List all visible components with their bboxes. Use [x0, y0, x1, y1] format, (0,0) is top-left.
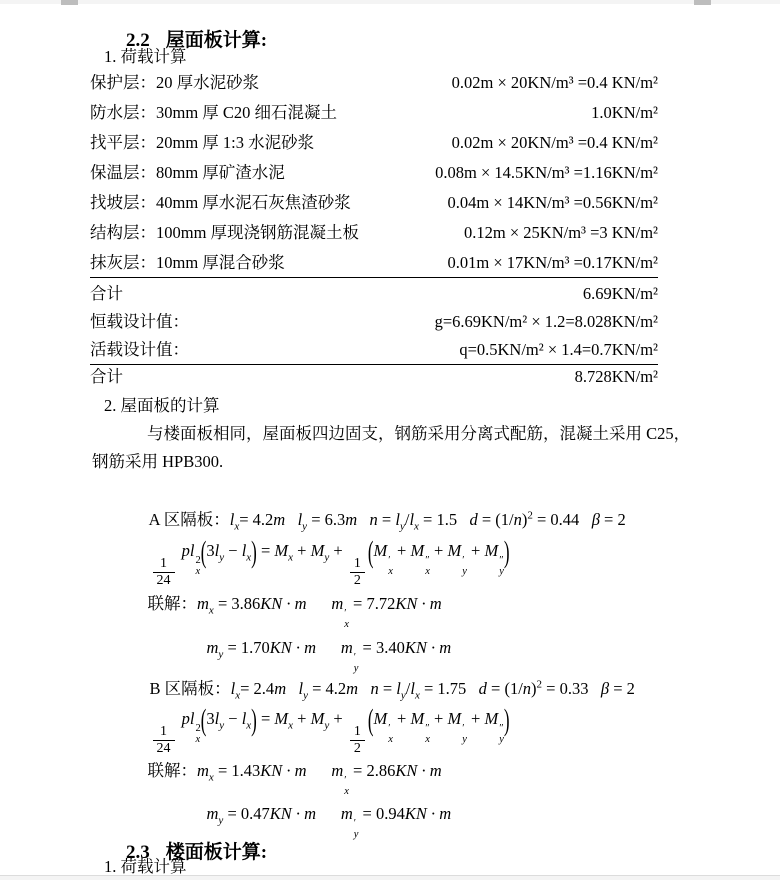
layer-value: 0.02m × 20KN/m³ =0.4 KN/m² — [452, 132, 658, 154]
layer-desc: 20mm 厚 1:3 水泥砂浆 — [156, 133, 314, 152]
layer-row: 找坡层：40mm 厚水泥石灰焦渣砂浆 0.04m × 14KN/m³ =0.56… — [90, 192, 658, 222]
layer-row: 找平层：20mm 厚 1:3 水泥砂浆 0.02m × 20KN/m³ =0.4… — [90, 132, 658, 162]
layer-row: 保温层：80mm 厚矿渣水泥 0.08m × 14.5KN/m³ =1.16KN… — [90, 162, 658, 192]
layer-left: 保温层：80mm 厚矿渣水泥 — [90, 162, 285, 184]
summary-label: 合计 — [90, 283, 123, 305]
page-edge-marker-left — [61, 0, 78, 5]
layer-name: 保温层： — [90, 163, 156, 182]
moment-formula-math: 124 pl2x(3ly − lx) = Mx + My + 12(M′x + … — [150, 541, 510, 560]
summary-value: 6.69KN/m² — [583, 283, 658, 305]
page-bottom-edge — [0, 875, 780, 880]
layer-value: 0.08m × 14.5KN/m³ =1.16KN/m² — [435, 162, 658, 184]
layer-row: 结构层：100mm 厚现浇钢筋混凝土板 0.12m × 25KN/m³ =3 K… — [90, 222, 658, 252]
paragraph-line-2: 钢筋采用 HPB300. — [92, 451, 223, 473]
summary-row-live-load: 活载设计值： q=0.5KN/m² × 1.4=0.7KN/m² — [90, 339, 658, 365]
layer-name: 结构层： — [90, 223, 156, 242]
zone-b-solve1-math: mx = 1.43KN · m m′x = 2.86KN · m — [197, 761, 442, 780]
summary-label: 合计 — [90, 366, 123, 388]
page-top-edge — [0, 0, 780, 4]
zone-a-solve2-math: my = 1.70KN · m m′y = 3.40KN · m — [207, 638, 452, 657]
layer-value: 0.04m × 14KN/m³ =0.56KN/m² — [448, 192, 658, 214]
subsection-title: 2. 屋面板的计算 — [104, 395, 220, 417]
layer-row: 保护层：20 厚水泥砂浆 0.02m × 20KN/m³ =0.4 KN/m² — [90, 72, 658, 102]
summary-row-total: 合计 8.728KN/m² — [90, 366, 658, 391]
solve-label: 联解： — [148, 594, 198, 613]
layer-value: 0.01m × 17KN/m³ =0.17KN/m² — [448, 252, 658, 274]
summary-value: g=6.69KN/m² × 1.2=8.028KN/m² — [435, 311, 658, 333]
layer-load-table: 保护层：20 厚水泥砂浆 0.02m × 20KN/m³ =0.4 KN/m² … — [90, 72, 658, 282]
layer-left: 结构层：100mm 厚现浇钢筋混凝土板 — [90, 222, 359, 244]
layer-name: 找平层： — [90, 133, 156, 152]
moment-formula-math: 124 pl2x(3ly − lx) = Mx + My + 12(M′x + … — [150, 709, 510, 728]
layer-name: 抹灰层： — [90, 253, 156, 272]
paragraph-line-1: 与楼面板相同，屋面板四边固支，钢筋采用分离式配筋，混凝土采用 C25， — [147, 423, 690, 445]
layer-name: 防水层： — [90, 103, 156, 122]
layer-left: 保护层：20 厚水泥砂浆 — [90, 72, 259, 94]
layer-desc: 20 厚水泥砂浆 — [156, 73, 259, 92]
load-calc-label: 1. 荷载计算 — [104, 46, 187, 68]
summary-row-subtotal: 合计 6.69KN/m² — [90, 283, 658, 308]
layer-desc: 100mm 厚现浇钢筋混凝土板 — [156, 223, 359, 242]
layer-row: 防水层：30mm 厚 C20 细石混凝土 1.0KN/m² — [90, 102, 658, 132]
layer-desc: 10mm 厚混合砂浆 — [156, 253, 285, 272]
layer-name: 找坡层： — [90, 193, 156, 212]
summary-label: 恒载设计值： — [90, 311, 189, 333]
layer-desc: 40mm 厚水泥石灰焦渣砂浆 — [156, 193, 351, 212]
layer-value: 0.02m × 20KN/m³ =0.4 KN/m² — [452, 72, 658, 94]
page-edge-marker-right — [694, 0, 711, 5]
layer-desc: 30mm 厚 C20 细石混凝土 — [156, 103, 337, 122]
layer-value: 1.0KN/m² — [591, 102, 658, 124]
summary-label: 活载设计值： — [90, 339, 189, 361]
summary-row-dead-load: 恒载设计值： g=6.69KN/m² × 1.2=8.028KN/m² — [90, 311, 658, 336]
layer-row-underlined: 抹灰层：10mm 厚混合砂浆 0.01m × 17KN/m³ =0.17KN/m… — [90, 252, 658, 282]
layer-left: 防水层：30mm 厚 C20 细石混凝土 — [90, 102, 337, 124]
summary-value: 8.728KN/m² — [575, 366, 658, 388]
layer-name: 保护层： — [90, 73, 156, 92]
layer-left: 抹灰层：10mm 厚混合砂浆 — [90, 252, 285, 274]
solve-label: 联解： — [148, 761, 198, 780]
zone-a-solve1-math: mx = 3.86KN · m m′x = 7.72KN · m — [197, 594, 442, 613]
layer-left: 找坡层：40mm 厚水泥石灰焦渣砂浆 — [90, 192, 351, 214]
summary-value: q=0.5KN/m² × 1.4=0.7KN/m² — [459, 339, 658, 361]
layer-desc: 80mm 厚矿渣水泥 — [156, 163, 285, 182]
layer-value: 0.12m × 25KN/m³ =3 KN/m² — [464, 222, 658, 244]
layer-left: 找平层：20mm 厚 1:3 水泥砂浆 — [90, 132, 314, 154]
document-page: 2.2屋面板计算: 1. 荷载计算 保护层：20 厚水泥砂浆 0.02m × 2… — [0, 0, 780, 880]
